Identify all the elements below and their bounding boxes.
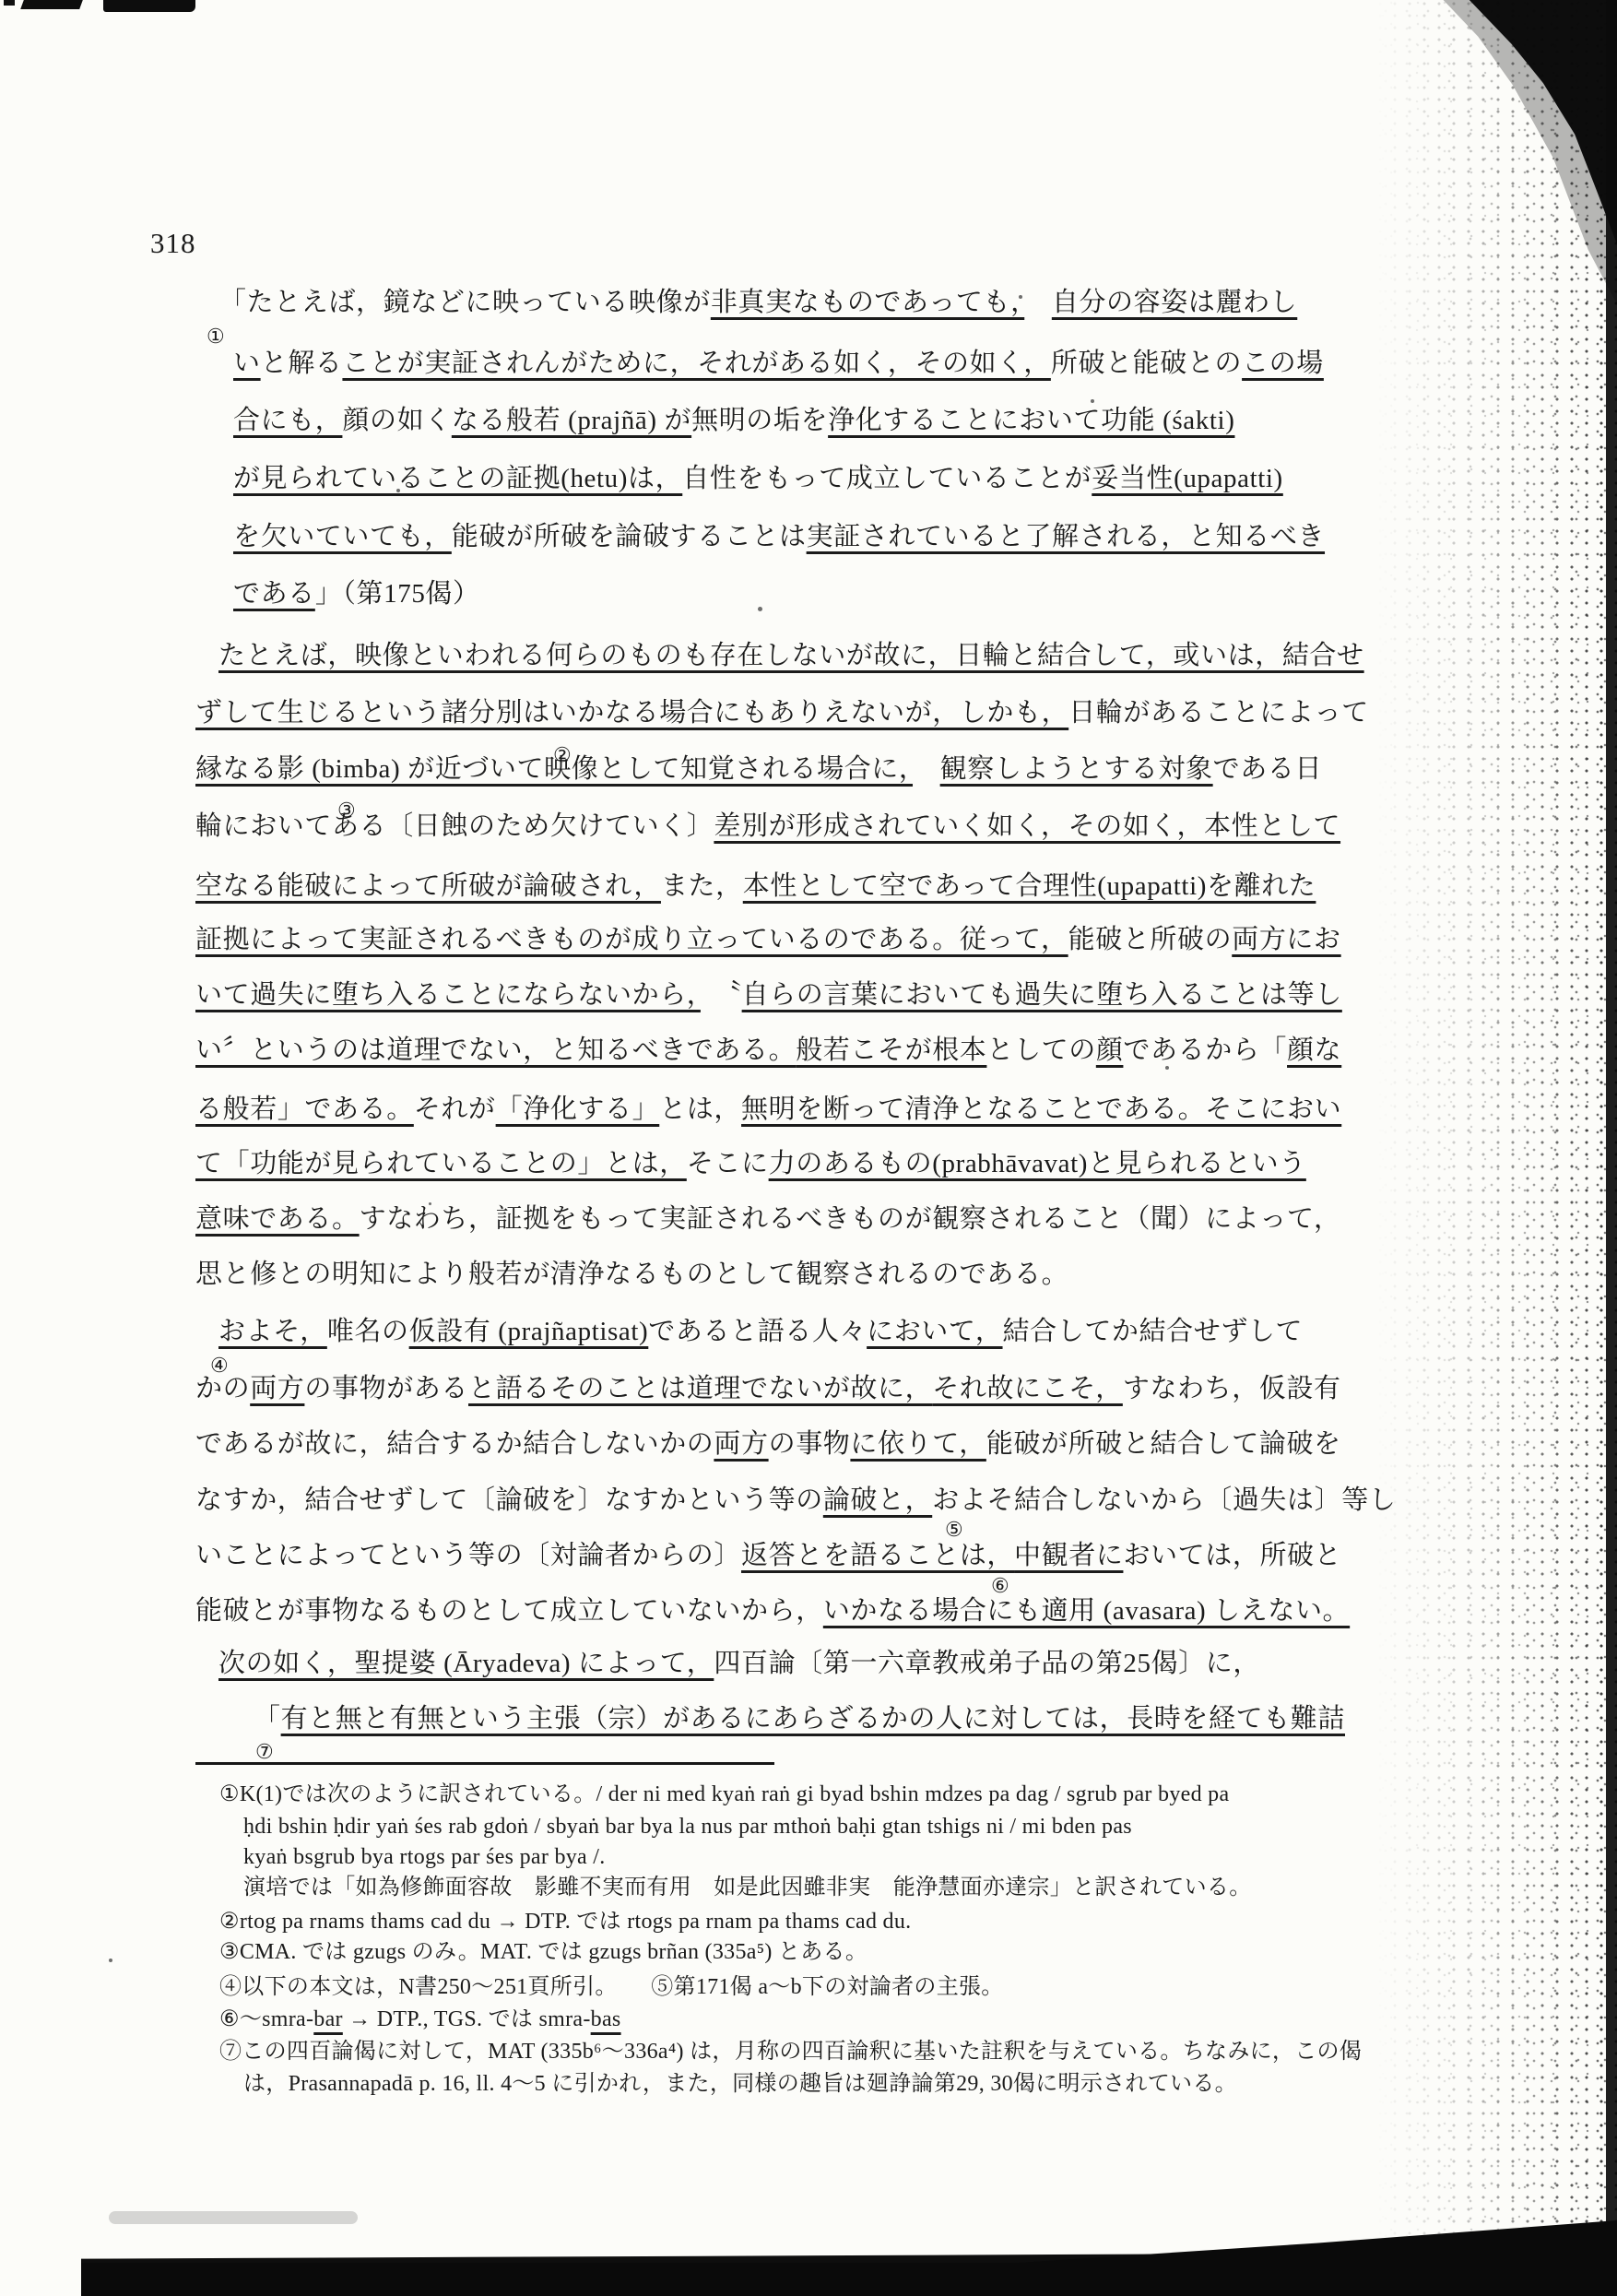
plain-text: 能破が所破と結合して論破を [986, 1429, 1341, 1459]
footnotes-line: ①K(1)では次のように訳されている。/ der ni med kyaṅ raṅ… [219, 1782, 1229, 1808]
commentary-line: る般若」である。それが「浄化する」とは，無明を断って清浄となることである。そこに… [195, 1095, 1341, 1125]
scan-top-mark [20, 0, 83, 9]
plain-text: いことによってという等の〔対論者からの〕 [195, 1541, 741, 1570]
scan-noise-right-edge [1377, 0, 1617, 2296]
plain-text: ②rtog pa rnams thams cad du → DTP. では rt… [219, 1910, 911, 1934]
underlined-text: が見られていることの証拠(hetu)は， [233, 464, 682, 493]
underlined-text: を欠いていても， [233, 522, 452, 551]
verse-quote-line: いと解ることが実証されんがために，それがある如く，その如く，所破と能破とのこの場 [233, 349, 1324, 379]
plain-text: 」（第175偈） [315, 579, 480, 609]
underlined-text: 顔な [1287, 1036, 1341, 1065]
underlined-text: 自分の容姿は麗わし [1052, 288, 1297, 317]
underlined-text: いかなる場合にも適用 (avasara) しえない。 [823, 1596, 1350, 1626]
commentary-line: て「功能が見られていることの」とは，そこに力のあるもの(prabhāvavat)… [195, 1149, 1306, 1179]
scan-speck [1165, 1066, 1169, 1070]
underlined-text: bar [313, 2007, 343, 2031]
footnotes-line: ⑦この四百論偈に対して，MAT (335b⁶〜336a⁴) は，月称の四百論釈に… [219, 2040, 1362, 2065]
plain-text: なすか，結合せずして〔論破を〕なすかという等の [195, 1485, 823, 1515]
footnotes-line: ②rtog pa rnams thams cad du → DTP. では rt… [219, 1910, 911, 1935]
underlined-text: 返答とを語ることは， [741, 1541, 1014, 1570]
underlined-text: る般若」である。 [195, 1095, 414, 1124]
plain-text: であるから「 [1123, 1036, 1287, 1065]
plain-text: → DTP., TGS. では smra- [343, 2007, 591, 2031]
underlined-text: 顔 [1096, 1036, 1124, 1065]
underlined-text: て「功能が見られていることの」とは， [195, 1149, 687, 1178]
second-paragraph-line: 「有と無と有無という主張（宗）があるにあらざるかの人に対しては，長時を経ても難詰 [254, 1704, 1345, 1734]
underlined-text: 両方 [250, 1374, 304, 1403]
underlined-text: 中観者に [1014, 1541, 1123, 1570]
plain-text: とは， [659, 1095, 741, 1124]
plain-text: 〝 [701, 980, 742, 1010]
second-paragraph-line: なすか，結合せずして〔論破を〕なすかという等の論破と，およそ結合しないから〔過失… [195, 1485, 1396, 1516]
plain-text: すなわち，仮設有 [1123, 1374, 1341, 1403]
commentary-line: たとえば，映像といわれる何らのものも存在しないが故に，日輪と結合して，或いは，結… [218, 641, 1364, 671]
underlined-text: 般若こそが根本 [796, 1036, 986, 1065]
underlined-text: 空なる能破によって所破が論破され， [195, 871, 661, 901]
plain-text: kyaṅ bsgrub bya rtogs par śes par bya /. [243, 1845, 606, 1869]
underlined-text: 自らの言葉においても過失に堕ち入ることは等し [742, 980, 1342, 1010]
verse-quote-line: 合にも，顔の如くなる般若 (prajñā) が無明の垢を浄化することにおいて功能… [233, 406, 1234, 436]
plain-text: 唯名の [327, 1317, 409, 1346]
underlined-text: いて過失に堕ち入ることにならないから， [195, 980, 701, 1010]
commentary-line: 輪においてある〔日蝕のため欠けていく〕差別が形成されていく如く，その如く，本性と… [195, 811, 1340, 842]
underlined-text: なる般若 (prajñā) が [452, 406, 691, 435]
footnotes-line: ④以下の本文は，N書250〜251頁所引。 ⑤第171偈 a〜b下の対論者の主張… [219, 1975, 1004, 2001]
footnotes-line: 演培では「如為修飾面容故 影雖不実而有用 如是此因雖非実 能浄慧面亦達宗」と訳さ… [243, 1876, 1252, 1901]
underlined-text: である [233, 579, 315, 609]
plain-text: と解る [261, 349, 343, 378]
underlined-text: 両方にお [1232, 925, 1340, 954]
plain-text: 輪においてある〔日蝕のため欠けていく〕 [195, 811, 714, 841]
plain-text: すなわち，証拠をもって実証されるべきものが観察されること（聞）によって， [360, 1204, 1341, 1234]
underlined-text: およそ， [218, 1317, 327, 1346]
plain-text: の事物がある [304, 1374, 468, 1403]
plain-text: 結合してか結合せずして [1003, 1317, 1304, 1346]
verse-quote-line: 「たとえば，鏡などに映っている映像が非真実なものであっても， 自分の容姿は麗わし [219, 288, 1297, 318]
plain-text [913, 754, 940, 784]
underlined-text: ことが実証されんがために，それがある如く，その如く， [342, 349, 1050, 378]
underlined-text: 合にも， [233, 406, 342, 435]
footnotes-line: は，Prasannapadā p. 16, ll. 4〜5 に引かれ，また，同様… [243, 2072, 1237, 2098]
footnote-ref-marker: ⑦ [255, 1740, 274, 1764]
plain-text: 能破とが事物なるものとして成立していないから， [195, 1596, 823, 1626]
plain-text: 無明の垢を [691, 406, 828, 435]
footnote-separator-rule [195, 1762, 774, 1765]
footnotes-line: kyaṅ bsgrub bya rtogs par śes par bya /. [243, 1845, 606, 1871]
plain-text: ③CMA. では gzugs のみ。MAT. では gzugs brñan (3… [219, 1940, 868, 1964]
verse-quote-line: が見られていることの証拠(hetu)は，自性をもって成立していることが妥当性(u… [233, 464, 1283, 494]
scan-corner-shadow [1328, 0, 1617, 304]
page-number: 318 [150, 227, 196, 260]
commentary-line: い〞というのは道理でない，と知るべきである。般若こそが根本としての顔であるから「… [195, 1036, 1341, 1066]
footnotes-line: ḥdi bshin ḥdir yaṅ śes rab gdoṅ / sbyaṅ … [243, 1815, 1132, 1840]
plain-text: 能破と所破の [1068, 925, 1233, 954]
underlined-text: 力のあるもの(prabhāvavat)と見られるという [769, 1149, 1306, 1178]
commentary-line: いて過失に堕ち入ることにならないから， 〝自らの言葉においても過失に堕ち入ること… [195, 980, 1342, 1011]
underlined-text: この場 [1242, 349, 1324, 378]
plain-text: それが [414, 1095, 496, 1124]
commentary-line: 思と修との明知により般若が清浄なるものとして観察されるのである。 [195, 1260, 1068, 1290]
plain-text: 「 [254, 1704, 281, 1734]
underlined-text: 仮設有 (prajñaptisat) [409, 1317, 649, 1346]
underlined-text: 本性として空であって合理性(upapatti)を離れた [743, 871, 1316, 901]
plain-text [607, 1975, 652, 1999]
commentary-line: ずして生じるという諸分別はいかなる場合にもありえないが，しかも，日輪があることに… [195, 698, 1369, 728]
scan-speck [109, 1959, 112, 1962]
plain-text: 「たとえば，鏡などに映っている映像が [219, 288, 711, 317]
scan-top-mark [4, 0, 15, 6]
underlined-text: 論破と， [823, 1485, 932, 1515]
underlined-text: 非真実なものであっても， [711, 288, 1024, 317]
plain-text: である日 [1213, 754, 1322, 784]
verse-quote-line: である」（第175偈） [233, 579, 480, 610]
plain-text: 自性をもって成立していることが [682, 464, 1092, 493]
scan-speck [396, 489, 400, 492]
underlined-text: 有と無と有無という主張（宗）があるにあらざるかの人に対しては，長時を経ても難詰 [281, 1704, 1345, 1734]
underlined-text: 「浄化する」 [496, 1095, 660, 1124]
footnotes-line: ③CMA. では gzugs のみ。MAT. では gzugs brñan (3… [219, 1940, 868, 1966]
underlined-text: い [233, 349, 261, 378]
footnote-ref-marker: ④ [210, 1354, 229, 1378]
scan-corner-blob [1353, 0, 1617, 244]
underlined-text: に依りて， [850, 1429, 986, 1459]
plain-text: ⑤第171偈 a〜b下の対論者の主張。 [651, 1975, 1003, 1999]
plain-text: 思と修との明知により般若が清浄なるものとして観察されるのである。 [195, 1260, 1068, 1289]
scan-right-edge-line [1606, 0, 1617, 2296]
underlined-text: 妥当性(upapatti) [1092, 464, 1283, 493]
underlined-text: 実証されていると了解される，と知るべき [807, 522, 1325, 551]
plain-text: は，Prasannapadā p. 16, ll. 4〜5 に引かれ，また，同様… [243, 2072, 1237, 2096]
plain-text: おいては，所破と [1123, 1541, 1341, 1570]
second-paragraph-line: いことによってという等の〔対論者からの〕返答とを語ることは，中観者においては，所… [195, 1541, 1341, 1571]
underlined-text: 両方 [714, 1429, 768, 1459]
plain-text [1024, 288, 1052, 317]
plain-text: 所破と能破との [1051, 349, 1242, 378]
plain-text: また， [661, 871, 743, 901]
footnote-ref-marker: ⑥ [991, 1574, 1009, 1598]
plain-text: であると語る人々 [648, 1317, 867, 1346]
underlined-text: い〞というのは道理でない，と知るべきである。 [195, 1036, 796, 1065]
scan-bottom-smudge [109, 2211, 358, 2224]
footnote-ref-marker: ③ [337, 799, 356, 823]
underlined-text: たとえば，映像といわれる何らのものも存在しないが故に，日輪と結合して，或いは，結… [218, 641, 1364, 670]
plain-text: ⑦この四百論偈に対して，MAT (335b⁶〜336a⁴) は，月称の四百論釈に… [219, 2040, 1362, 2064]
underlined-text: 次の如く，聖提婆 (Āryadeva) によって， [218, 1649, 714, 1678]
second-paragraph-line: 能破とが事物なるものとして成立していないから，いかなる場合にも適用 (avasa… [195, 1596, 1350, 1627]
plain-text: およそ結合しないから〔過失は〕等し [932, 1485, 1396, 1515]
plain-text: 四百論〔第一六章教戒弟子品の第25偈〕に， [714, 1649, 1260, 1678]
underlined-text: それ故にこそ， [932, 1374, 1123, 1403]
plain-text: そこに [687, 1149, 769, 1178]
underlined-text: bas [591, 2007, 621, 2031]
verse-quote-line: を欠いていても，能破が所破を論破することは実証されていると了解される，と知るべき [233, 522, 1325, 552]
second-paragraph-line: であるが故に，結合するか結合しないかの両方の事物に依りて，能破が所破と結合して論… [195, 1429, 1341, 1460]
plain-text: 演培では「如為修飾面容故 影雖不実而有用 如是此因雖非実 能浄慧面亦達宗」と訳さ… [243, 1876, 1252, 1900]
underlined-text: 差別が形成されていく如く，その如く，本性として [714, 811, 1340, 841]
underlined-text: と語るそのことは道理でないが故に， [468, 1374, 932, 1403]
underlined-text: において， [867, 1317, 1002, 1346]
plain-text: 能破が所破を論破することは [452, 522, 807, 551]
scan-bottom-band [950, 2220, 1617, 2296]
footnote-ref-marker: ⑤ [945, 1518, 963, 1542]
plain-text: 日輪があることによって [1068, 698, 1369, 728]
underlined-text: 浄化することにおいて功能 (śakti) [828, 406, 1234, 435]
plain-text: であるが故に，結合するか結合しないかの [195, 1429, 714, 1459]
scan-speck [1091, 399, 1094, 403]
scan-top-mark [103, 0, 195, 12]
plain-text: ①K(1)では次のように訳されている。/ der ni med kyaṅ raṅ… [219, 1782, 1229, 1806]
commentary-line: 意味である。すなわち，証拠をもって実証されるべきものが観察されること（聞）によっ… [195, 1204, 1341, 1235]
underlined-text: 無明を断って清浄となることである。そこにおい [741, 1095, 1341, 1124]
plain-text: ⑥〜smra- [219, 2007, 313, 2031]
commentary-line: 証拠によって実証されるべきものが成り立っているのである。従って，能破と所破の両方… [195, 925, 1341, 955]
plain-text: の事物 [769, 1429, 851, 1459]
commentary-line: 空なる能破によって所破が論破され，また，本性として空であって合理性(upapat… [195, 871, 1316, 902]
plain-text: としての [986, 1036, 1095, 1065]
scanned-book-page: 318 「たとえば，鏡などに映っている映像が非真実なものであっても， 自分の容姿… [0, 0, 1617, 2296]
underlined-text: 証拠によって実証されるべきものが成り立っているのである。従って， [195, 925, 1068, 954]
footnote-ref-marker: ② [553, 743, 572, 767]
scan-bottom-band [81, 2252, 1617, 2266]
scan-speck [758, 607, 762, 611]
underlined-text: 観察しようとする対象 [940, 754, 1213, 784]
second-paragraph-line: かの両方の事物があると語るそのことは道理でないが故に，それ故にこそ，すなわち，仮… [195, 1374, 1341, 1404]
scan-speck [956, 1322, 960, 1326]
commentary-line: 縁なる影 (bimba) が近づいて映像として知覚される場合に， 観察しようとす… [195, 754, 1322, 785]
second-paragraph-line: 次の如く，聖提婆 (Āryadeva) によって，四百論〔第一六章教戒弟子品の第… [218, 1649, 1260, 1679]
underlined-text: ずして生じるという諸分別はいかなる場合にもありえないが，しかも， [195, 698, 1068, 728]
plain-text: かの [195, 1374, 250, 1403]
scan-bottom-band [81, 2263, 1617, 2296]
footnote-ref-marker: ① [207, 325, 225, 349]
footnotes-line: ⑥〜smra-bar → DTP., TGS. では smra-bas [219, 2007, 621, 2033]
scan-speck [429, 1202, 431, 1205]
plain-text: ḥdi bshin ḥdir yaṅ śes rab gdoṅ / sbyaṅ … [243, 1815, 1132, 1839]
plain-text: 顔の如く [342, 406, 451, 435]
second-paragraph-line: およそ，唯名の仮設有 (prajñaptisat)であると語る人々において，結合… [218, 1317, 1303, 1347]
plain-text: ④以下の本文は，N書250〜251頁所引。 [219, 1975, 607, 1999]
scan-speck [1019, 295, 1022, 299]
underlined-text: 意味である。 [195, 1204, 360, 1234]
